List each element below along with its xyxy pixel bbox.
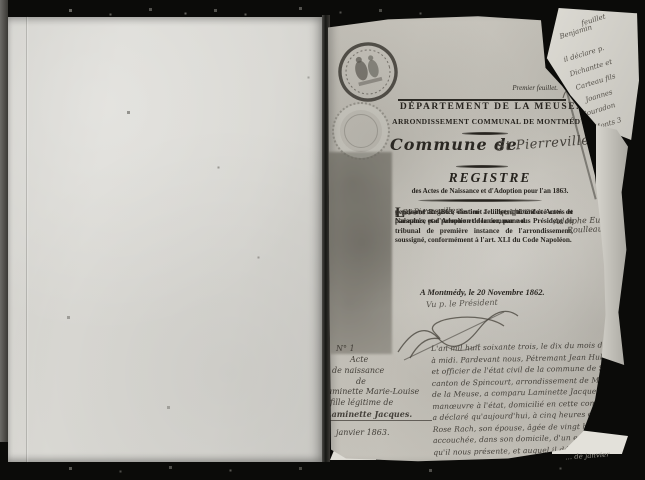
- premier-feuillet-label: Premier feuillet.: [476, 84, 558, 92]
- act-margin-date: janvier 1863.: [336, 428, 389, 437]
- act-text-line: Rose Rach, son épouse, âgée de vingt hui…: [433, 419, 645, 433]
- archive-photo: feuillet Benjamin il déclare p. Dichantt…: [0, 0, 645, 480]
- under-page-fragment: … de janvier: [565, 450, 610, 461]
- arrondissement-title: ARRONDISSEMENT COMMUNAL DE MONTMÉDY.: [386, 117, 594, 126]
- act-margin-line: de: [356, 377, 366, 386]
- embossed-seal-icon: [332, 102, 390, 160]
- act-number: N° 1: [336, 344, 355, 353]
- act-text-line: a déclaré qu'aujourd'hui, à cinq heures …: [432, 408, 645, 422]
- header-rule: [398, 99, 566, 101]
- tapered-rule: [418, 199, 542, 202]
- act-margin-child-name: Laminette Marie-Louise: [322, 387, 419, 396]
- embossed-seal-inner: [344, 114, 378, 148]
- registre-subtitle: des Actes de Naissance et d'Adoption pou…: [368, 187, 612, 195]
- official-stamp-icon: [329, 33, 407, 111]
- certification-statement: Le présent Registre destiné à l'inscript…: [395, 207, 573, 245]
- ornament-rule: [456, 165, 508, 168]
- left-blank-page: [8, 17, 323, 462]
- edge-note: Benjamin: [559, 23, 593, 40]
- act-text-line: de la Meuse, a comparu Laminette Jacques…: [432, 385, 645, 399]
- act-text-line: et officier de l'état civil de la commun…: [432, 362, 645, 376]
- act-margin-father-name: Laminette Jacques.: [326, 409, 412, 419]
- margin-divider-rule: [328, 420, 432, 421]
- book-cover-edge: [0, 0, 8, 442]
- act-text-line: manœuvre à l'état, domicilié en cette co…: [432, 397, 645, 411]
- paper-stain: [326, 152, 392, 354]
- registre-title: REGISTRE: [386, 170, 594, 186]
- page-crease: [26, 17, 27, 462]
- act-margin-line: fille légitime de: [330, 398, 393, 407]
- act-margin-line: de naissance: [332, 366, 384, 375]
- date-place-line: A Montmédy, le 20 Novembre 1862.: [420, 287, 545, 297]
- act-margin-line: Acte: [350, 355, 368, 364]
- paper-specks: [8, 17, 9, 18]
- departement-title: DÉPARTEMENT DE LA MEUSE.: [386, 102, 594, 112]
